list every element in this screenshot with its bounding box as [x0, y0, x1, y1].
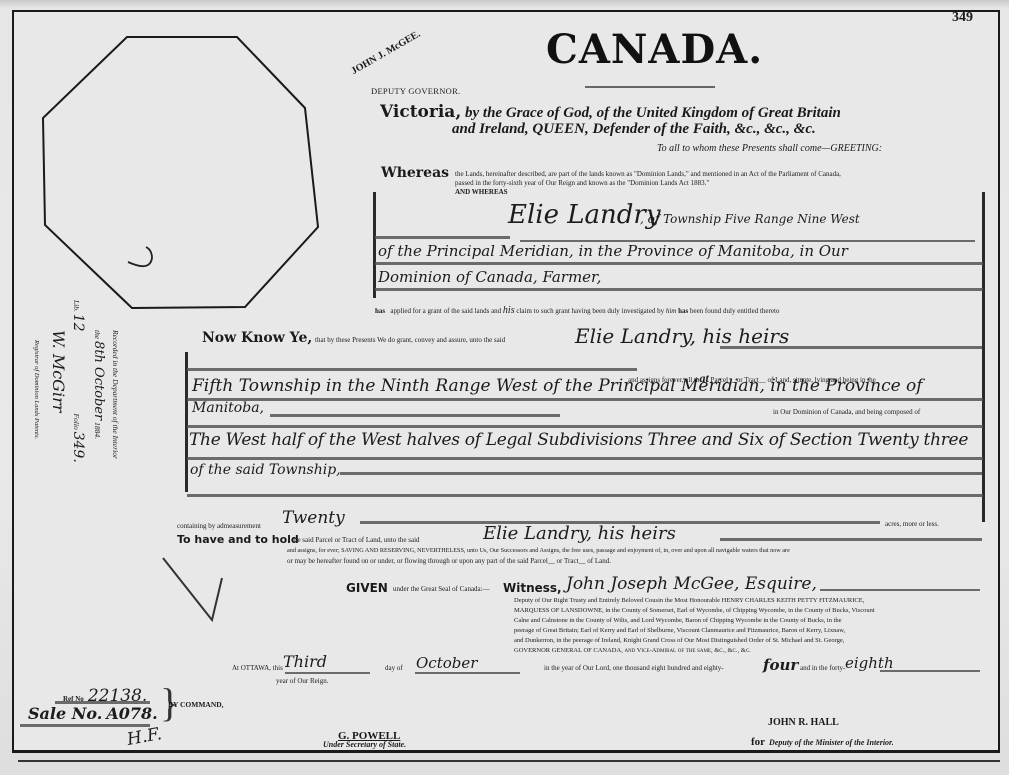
by-command: BY COMMAND,	[168, 700, 224, 709]
margin-year: 1884.	[93, 422, 102, 439]
year-handwritten: four	[763, 656, 798, 674]
registrar-title: Registrar of Dominion Lands Patents.	[33, 340, 40, 439]
margin-lib: Lib.	[72, 300, 81, 312]
rule-left-whereas	[373, 192, 376, 298]
rule-line	[880, 670, 980, 672]
sovereign-name: Victoria,	[380, 102, 461, 122]
rule-line	[375, 262, 983, 265]
rule-line	[415, 672, 520, 674]
preamble-line2: and Ireland, QUEEN, Defender of the Fait…	[452, 121, 816, 138]
whereas-text1: the Lands, hereinafter described, are pa…	[455, 170, 841, 178]
grantee-location-handwritten: , of Township Five Range Nine West	[640, 212, 860, 226]
minister-title-line: for Deputy of the Minister of the Interi…	[751, 732, 894, 750]
margin-lib-handwritten: 12	[70, 314, 86, 332]
habendum-text3: or may be hereafter found on or under, o…	[287, 557, 611, 565]
given-body3: Calne and Calnstone in the County of Wil…	[514, 617, 842, 624]
margin-folio-handwritten: 349.	[70, 432, 86, 463]
secretary-title: Under Secretary of State.	[323, 740, 406, 749]
rule-left-grant	[185, 352, 188, 492]
habendum-text2: and assigns, for ever; SAVING AND RESERV…	[287, 547, 790, 554]
rule-line	[375, 236, 510, 239]
whereas-text2: passed in the forty-sixth year of Our Re…	[455, 179, 709, 187]
month-handwritten: October	[416, 654, 477, 672]
applied-prefix: has	[375, 307, 385, 315]
rule-line	[187, 425, 983, 428]
given-text: under the Great Seal of Canada:—	[393, 585, 490, 593]
margin-date-handwritten: 8th October	[91, 341, 106, 420]
him-handwritten: him	[666, 307, 677, 315]
location-handwritten-1: Fifth Township in the Ninth Range West o…	[192, 376, 923, 396]
sale-number: Sale No. A078.	[28, 704, 158, 724]
applied-text: applied for a grant of the said lands an…	[390, 307, 501, 315]
given-heading: GIVEN	[346, 581, 388, 595]
margin-record-line2: the 8th October 1884.	[91, 330, 106, 439]
rule-line	[187, 457, 983, 460]
rule-line	[20, 724, 150, 727]
area-handwritten: Twenty	[282, 508, 345, 528]
given-body1: Deputy of Our Right Trusty and Entirely …	[514, 597, 864, 604]
reign-suffix: year of Our Reign.	[276, 677, 328, 685]
reign-text: and in the forty-	[800, 664, 845, 672]
sale-label-handwritten: Sale No.	[28, 704, 102, 723]
day-of-text: day of	[385, 664, 403, 672]
his-handwritten: his	[503, 305, 515, 316]
given-body2: MARQUESS OF LANSDOWNE, in the County of …	[514, 607, 875, 614]
margin-record-line1: Recorded in the Department of the Interi…	[111, 330, 120, 459]
year-text: in the year of Our Lord, one thousand ei…	[544, 664, 724, 672]
given-body4: peerage of Great Britain; Earl of Kerry …	[514, 627, 845, 634]
stamp-role: DEPUTY GOVERNOR.	[371, 86, 460, 96]
now-know-ye-heading: Now Know Ye,	[202, 330, 312, 346]
grantee-heirs-habendum-handwritten: Elie Landry, his heirs	[483, 523, 676, 544]
grantee-description-line2: of the Principal Meridian, in the Provin…	[378, 242, 848, 260]
rule-line	[720, 346, 982, 349]
bottom-border	[18, 760, 1000, 762]
minister-for: for	[751, 736, 765, 748]
rule-right	[982, 192, 985, 522]
preamble-text1: by the Grace of God, of the United Kingd…	[465, 105, 841, 121]
preamble-line1: Victoria, by the Grace of God, of the Un…	[380, 102, 841, 122]
sale-value-handwritten: A078.	[106, 704, 157, 723]
dominion-text: in Our Dominion of Canada, and being com…	[773, 408, 920, 416]
now-know-ye-text: that by these Presents We do grant, conv…	[315, 336, 505, 344]
dating-prefix: At OTTAWA, this	[232, 664, 283, 672]
rule-line	[820, 589, 980, 591]
habendum-text1: the said Parcel or Tract of Land, unto t…	[292, 536, 420, 544]
rule-line	[720, 538, 982, 541]
has-text: has	[678, 307, 688, 315]
witness-name-handwritten: John Joseph McGee, Esquire,	[566, 574, 817, 594]
rule-line	[187, 494, 983, 497]
containing-text: containing by admeasurement	[177, 522, 261, 530]
title-divider	[585, 86, 715, 88]
margin-folio: Folio	[72, 413, 81, 429]
greeting: To all to whom these Presents shall come…	[657, 143, 882, 154]
rule-line	[285, 672, 370, 674]
location-handwritten-2: Manitoba,	[192, 400, 264, 416]
habendum-heading: To have and to hold	[177, 533, 299, 546]
registrar-signature-handwritten: W. McGirr	[49, 330, 68, 412]
grantee-name-handwritten: Elie Landry	[508, 200, 661, 230]
given-body6: GOVERNOR GENERAL OF CANADA, and Vice-Adm…	[514, 647, 751, 654]
rule-line	[375, 288, 983, 291]
land-description-handwritten-2: of the said Township,	[190, 462, 341, 478]
and-whereas: AND WHEREAS	[455, 188, 508, 196]
rule-line	[187, 398, 983, 401]
applied-line: has applied for a grant of the said land…	[375, 305, 779, 316]
grantee-heirs-handwritten: Elie Landry, his heirs	[575, 324, 789, 348]
rule-line	[187, 368, 637, 371]
rule-line	[270, 414, 560, 417]
grantee-description-line3: Dominion of Canada, Farmer,	[378, 268, 601, 286]
page-number: 349	[952, 10, 973, 26]
margin-the: the	[93, 330, 102, 339]
land-description-handwritten-1: The West half of the West halves of Lega…	[189, 430, 968, 450]
given-body5: and Dunkerron, in the peerage of Ireland…	[514, 637, 844, 644]
minister-name: JOHN R. HALL	[768, 717, 839, 728]
document-title: CANADA.	[546, 26, 763, 73]
margin-record-line3: Lib. 12 Folio 349.	[70, 300, 86, 463]
minister-title: Deputy of the Minister of the Interior.	[769, 738, 894, 747]
whereas-heading: Whereas	[381, 165, 449, 181]
witness-label: Witness,	[503, 581, 562, 595]
acres-text: acres, more or less.	[885, 520, 939, 528]
claim-text: claim to such grant having been duly inv…	[516, 307, 664, 315]
rule-line	[340, 472, 982, 475]
found-text: been found duly entitled thereto	[690, 307, 779, 315]
day-handwritten: Third	[283, 652, 327, 671]
patent-document-page: 349 CANADA. JOHN J. McGEE. DEPUTY GOVERN…	[0, 0, 1009, 775]
